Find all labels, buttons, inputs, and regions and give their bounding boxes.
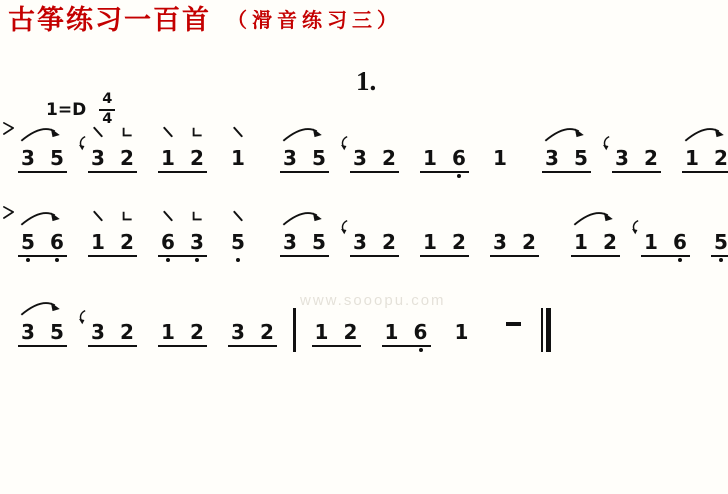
note-group: 12 — [158, 122, 207, 173]
note-group: 12 — [571, 206, 620, 257]
staff-row-3: 3532123212161 — [18, 296, 551, 352]
low-octave-dot — [195, 258, 199, 262]
note-digit: 2 — [120, 232, 134, 252]
note-digit: 5 — [231, 232, 245, 252]
note-digit: 2 — [344, 322, 358, 342]
note-group: 16 — [382, 296, 431, 347]
beamed-notes: 32 — [350, 232, 399, 257]
hook-icon — [339, 219, 349, 235]
note-group: 35 — [18, 122, 67, 173]
corner-icon — [122, 210, 133, 222]
low-octave-dot — [236, 258, 240, 262]
note-digit: 6 — [673, 232, 687, 252]
page-title: 古筝练习一百首 （滑音练习三） — [8, 5, 402, 36]
beamed-notes: 12 — [158, 148, 207, 173]
note-digit: 5 — [312, 148, 326, 168]
note-digit: 6 — [161, 232, 175, 252]
slash-icon — [93, 126, 104, 138]
note-group: 16 — [641, 206, 690, 257]
note-digit: 3 — [21, 322, 35, 342]
note-digit: 3 — [493, 232, 507, 252]
beamed-notes: 32 — [350, 148, 399, 173]
slide-arc-icon — [18, 125, 67, 144]
note-digit: 5 — [50, 148, 64, 168]
note-group: 12 — [88, 206, 137, 257]
note-digit: 1 — [455, 322, 469, 342]
beamed-notes: 35 — [280, 148, 329, 173]
notes — [493, 322, 525, 333]
main-title: 古筝练习一百首 — [8, 5, 211, 36]
note-digit: 2 — [120, 148, 134, 168]
note-digit: 2 — [382, 148, 396, 168]
beamed-notes: 32 — [612, 148, 661, 173]
hook-icon — [630, 219, 640, 235]
measure: 1216565 — [571, 206, 728, 257]
note-group: 56 — [711, 206, 728, 257]
barline — [293, 308, 296, 352]
note-digit: 5 — [312, 232, 326, 252]
note-digit: 1 — [385, 322, 399, 342]
dash-note — [506, 322, 522, 328]
beamed-notes: 12 — [88, 232, 137, 257]
note-digit: 5 — [21, 232, 35, 252]
note-digit: 1 — [423, 232, 437, 252]
note-digit: 2 — [452, 232, 466, 252]
accent-angle-icon — [3, 121, 15, 135]
note-digit: 5 — [50, 322, 64, 342]
note-group: 32 — [350, 206, 399, 257]
low-octave-dot — [55, 258, 59, 262]
note-digit: 3 — [615, 148, 629, 168]
note-digit: 6 — [50, 232, 64, 252]
beamed-notes: 32 — [228, 322, 277, 347]
note-digit: 5 — [714, 232, 728, 252]
slide-arc-icon — [571, 209, 620, 228]
note-group — [493, 296, 525, 347]
note-group: 32 — [612, 122, 661, 173]
low-octave-dot — [457, 174, 461, 178]
slide-arc-icon — [542, 125, 591, 144]
slash-icon — [233, 126, 244, 138]
slash-icon — [233, 210, 244, 222]
slide-arc-icon — [18, 209, 67, 228]
low-octave-dot — [419, 348, 423, 352]
slide-arc-icon — [682, 125, 728, 144]
note-digit: 6 — [414, 322, 428, 342]
note-digit: 2 — [190, 322, 204, 342]
note-digit: 3 — [283, 232, 297, 252]
note-group: 1 — [452, 296, 472, 347]
note-group: 56 — [18, 206, 67, 257]
slash-icon — [163, 210, 174, 222]
measure: 5612635 — [18, 206, 248, 257]
beamed-notes: 32 — [88, 148, 137, 173]
note-digit: 3 — [231, 322, 245, 342]
note-digit: 3 — [353, 232, 367, 252]
note-digit: 1 — [423, 148, 437, 168]
slide-arc-icon — [18, 299, 67, 318]
beamed-notes: 35 — [18, 148, 67, 173]
note-group: 32 — [490, 206, 539, 257]
note-digit: 3 — [91, 322, 105, 342]
low-octave-dot — [678, 258, 682, 262]
note-group: 32 — [88, 122, 137, 173]
beamed-notes: 16 — [641, 232, 690, 257]
corner-icon — [192, 126, 203, 138]
beamed-notes: 35 — [18, 322, 67, 347]
note-digit: 3 — [91, 148, 105, 168]
note-group: 63 — [158, 206, 207, 257]
note-group: 12 — [682, 122, 728, 173]
note-digit: 5 — [574, 148, 588, 168]
slide-arc-icon — [280, 125, 329, 144]
note-digit: 1 — [315, 322, 329, 342]
beamed-notes: 32 — [490, 232, 539, 257]
subtitle: （滑音练习三） — [227, 8, 402, 36]
note-digit: 1 — [161, 148, 175, 168]
note-group: 35 — [280, 122, 329, 173]
note-digit: 2 — [714, 148, 728, 168]
note-group: 12 — [312, 296, 361, 347]
low-octave-dot — [719, 258, 723, 262]
note-digit: 3 — [353, 148, 367, 168]
note-digit: 1 — [91, 232, 105, 252]
low-octave-dot — [26, 258, 30, 262]
time-signature-numerator: 4 — [99, 92, 115, 111]
note-digit: 2 — [190, 148, 204, 168]
note-digit: 2 — [120, 322, 134, 342]
note-digit: 3 — [21, 148, 35, 168]
note-group: 32 — [88, 296, 137, 347]
corner-icon — [192, 210, 203, 222]
dash-bar — [506, 322, 521, 326]
note-group: 1 — [228, 122, 248, 173]
note-digit: 6 — [452, 148, 466, 168]
beamed-notes: 63 — [158, 232, 207, 257]
measure: 35321232 — [280, 206, 539, 257]
note-digit: 1 — [574, 232, 588, 252]
slash-icon — [163, 126, 174, 138]
note-digit: 2 — [522, 232, 536, 252]
notes: 1 — [228, 148, 248, 173]
notes: 1 — [452, 322, 472, 347]
final-barline — [541, 308, 552, 352]
slash-icon — [93, 210, 104, 222]
measure: 12161 — [312, 296, 525, 347]
beamed-notes: 16 — [420, 148, 469, 173]
note-digit: 3 — [283, 148, 297, 168]
note-digit: 2 — [260, 322, 274, 342]
beamed-notes: 16 — [382, 322, 431, 347]
note-group: 12 — [420, 206, 469, 257]
low-octave-dot — [166, 258, 170, 262]
note-group: 32 — [350, 122, 399, 173]
accent-angle-icon — [3, 205, 15, 219]
note-digit: 1 — [231, 148, 245, 168]
note-group: 16 — [420, 122, 469, 173]
note-digit: 3 — [545, 148, 559, 168]
piece-number: 1. — [356, 66, 376, 97]
hook-icon — [601, 135, 611, 151]
notes: 1 — [490, 148, 510, 173]
note-digit: 1 — [493, 148, 507, 168]
beamed-notes: 56 — [18, 232, 67, 257]
notes: 5 — [228, 232, 248, 257]
staff-row-2: 5612635353212321216565 — [18, 206, 718, 262]
beamed-notes: 32 — [88, 322, 137, 347]
beamed-notes: 12 — [682, 148, 728, 173]
note-digit: 2 — [382, 232, 396, 252]
beamed-notes: 12 — [312, 322, 361, 347]
slide-arc-icon — [280, 209, 329, 228]
staff-row-1: 3532121353216135321216 — [18, 122, 718, 178]
note-digit: 2 — [644, 148, 658, 168]
note-group: 35 — [542, 122, 591, 173]
note-group: 1 — [490, 122, 510, 173]
note-digit: 2 — [603, 232, 617, 252]
beamed-notes: 35 — [280, 232, 329, 257]
note-digit: 1 — [161, 322, 175, 342]
measure: 3532121 — [18, 122, 248, 173]
note-group: 32 — [228, 296, 277, 347]
hook-icon — [77, 135, 87, 151]
note-group: 35 — [280, 206, 329, 257]
hook-icon — [339, 135, 349, 151]
beamed-notes: 56 — [711, 232, 728, 257]
beamed-notes: 12 — [571, 232, 620, 257]
note-digit: 1 — [644, 232, 658, 252]
note-digit: 1 — [685, 148, 699, 168]
note-group: 35 — [18, 296, 67, 347]
beamed-notes: 12 — [158, 322, 207, 347]
note-group: 5 — [228, 206, 248, 257]
measure: 3532161 — [280, 122, 510, 173]
beamed-notes: 35 — [542, 148, 591, 173]
corner-icon — [122, 126, 133, 138]
measure: 35321232 — [18, 296, 277, 347]
beamed-notes: 12 — [420, 232, 469, 257]
measure: 35321216 — [542, 122, 728, 173]
note-group: 12 — [158, 296, 207, 347]
key-label: 1=D — [46, 100, 86, 120]
note-digit: 3 — [190, 232, 204, 252]
hook-icon — [77, 309, 87, 325]
